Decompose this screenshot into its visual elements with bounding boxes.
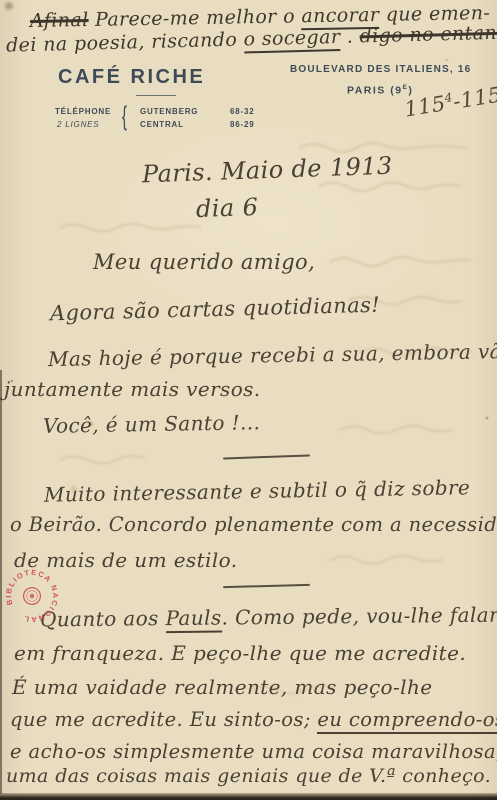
phone-label-telephone: TÉLÉPHONE	[55, 107, 111, 116]
annotation-underlined-word: o socegar	[243, 26, 340, 54]
dateline-day: dia 6	[196, 193, 259, 223]
salutation: Meu querido amigo,	[93, 250, 315, 274]
body-line: Agora são cartas quotidianas!	[50, 293, 381, 326]
letterhead-brand: CAFÉ RICHE	[58, 66, 205, 89]
underlined-word-pauls: Pauls	[165, 606, 221, 634]
phone-number-1: 68-32	[230, 107, 254, 116]
body-text: . Como pede, vou-lhe falar	[221, 603, 497, 630]
body-line: o Beirão. Concordo plenamente com a nece…	[10, 513, 497, 536]
underlined-phrase: eu compreendo-os	[317, 708, 497, 734]
section-divider	[223, 584, 310, 588]
body-line: que me acredite. Eu sinto-os; eu compree…	[10, 708, 497, 731]
annotation-struck-phrase: digo no entanto	[359, 21, 497, 47]
brand-underline-rule	[136, 95, 176, 96]
phone-number-2: 86-29	[230, 120, 254, 129]
letterhead-city: PARIS (9E)	[347, 84, 413, 97]
phone-label-lignes: 2 LIGNES	[57, 120, 99, 129]
body-line: Você, é um Santo !...	[43, 410, 261, 438]
section-divider	[223, 454, 310, 459]
city-text-close: )	[408, 85, 413, 97]
annotation-struck-word: Afinal	[30, 9, 89, 32]
catalog-base: 115	[403, 91, 448, 121]
annotation-text: .	[340, 25, 360, 47]
annotation-text: dei na poesia, riscando	[6, 28, 244, 56]
catalog-rest: -115	[451, 82, 497, 113]
brace-glyph: {	[122, 101, 127, 132]
scan-edge-left	[0, 370, 2, 794]
city-text: PARIS (9	[347, 85, 403, 97]
catalog-number: 1154-115	[403, 82, 497, 121]
body-line: em franqueza. E peço-lhe que me acredite…	[14, 641, 466, 665]
phone-exchange-2: CENTRAL	[140, 120, 184, 129]
scan-edge-bottom	[0, 793, 497, 800]
body-line: uma das coisas mais geniais que de V.ª c…	[6, 765, 491, 787]
body-line: É uma vaidade realmente, mas peço-lhe	[12, 675, 432, 699]
body-line: Mas hoje é porque recebi a sua, embora v…	[48, 339, 497, 371]
phone-exchange-1: GUTENBERG	[140, 107, 198, 116]
stamp-emblem	[20, 584, 44, 608]
body-line: juntamente mais versos.	[4, 377, 261, 401]
body-text: que me acredite. Eu sinto-os;	[10, 708, 317, 731]
letter-scan: Afinal Parece-me melhor o ancorar que em…	[0, 0, 497, 800]
body-line: Quanto aos Pauls. Como pede, vou-lhe fal…	[40, 603, 497, 632]
body-line: Muito interessante e subtil o q̃ diz sob…	[44, 475, 471, 506]
letterhead-address: BOULEVARD DES ITALIENS, 16	[290, 64, 471, 75]
dateline-place-date: Paris. Maio de 1913	[142, 152, 393, 189]
body-line: e acho-os simplesmente uma coisa maravil…	[10, 740, 497, 763]
